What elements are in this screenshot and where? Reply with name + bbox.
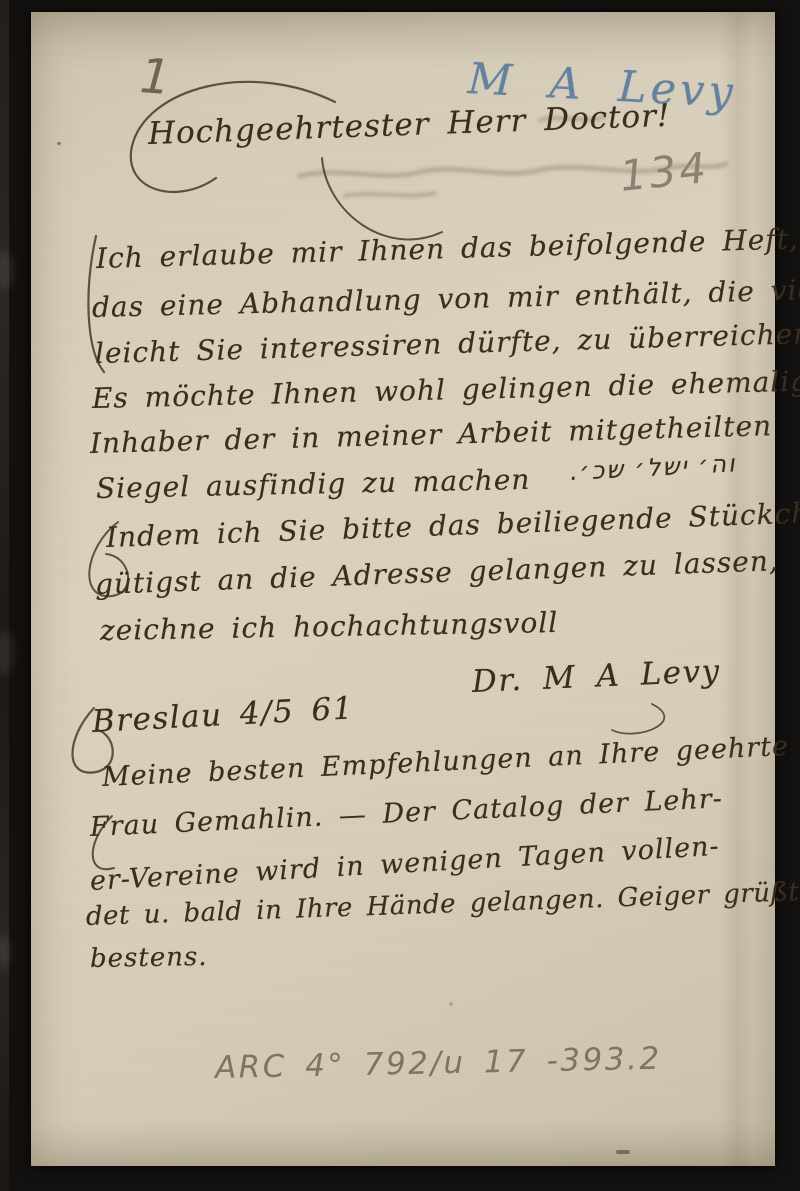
pencil-page-number: 1: [138, 48, 172, 106]
photo-mat-edge: [0, 0, 9, 1191]
paper-speck: [616, 1150, 630, 1154]
postscript-line-5: bestens.: [90, 942, 208, 974]
letter-scan: 1 M A Levy 134 Hochgeehrtester Herr Doct…: [0, 0, 800, 1191]
paper-speck: [449, 1002, 453, 1006]
folio-number: 134: [617, 143, 711, 201]
paper-speck: [57, 142, 61, 145]
